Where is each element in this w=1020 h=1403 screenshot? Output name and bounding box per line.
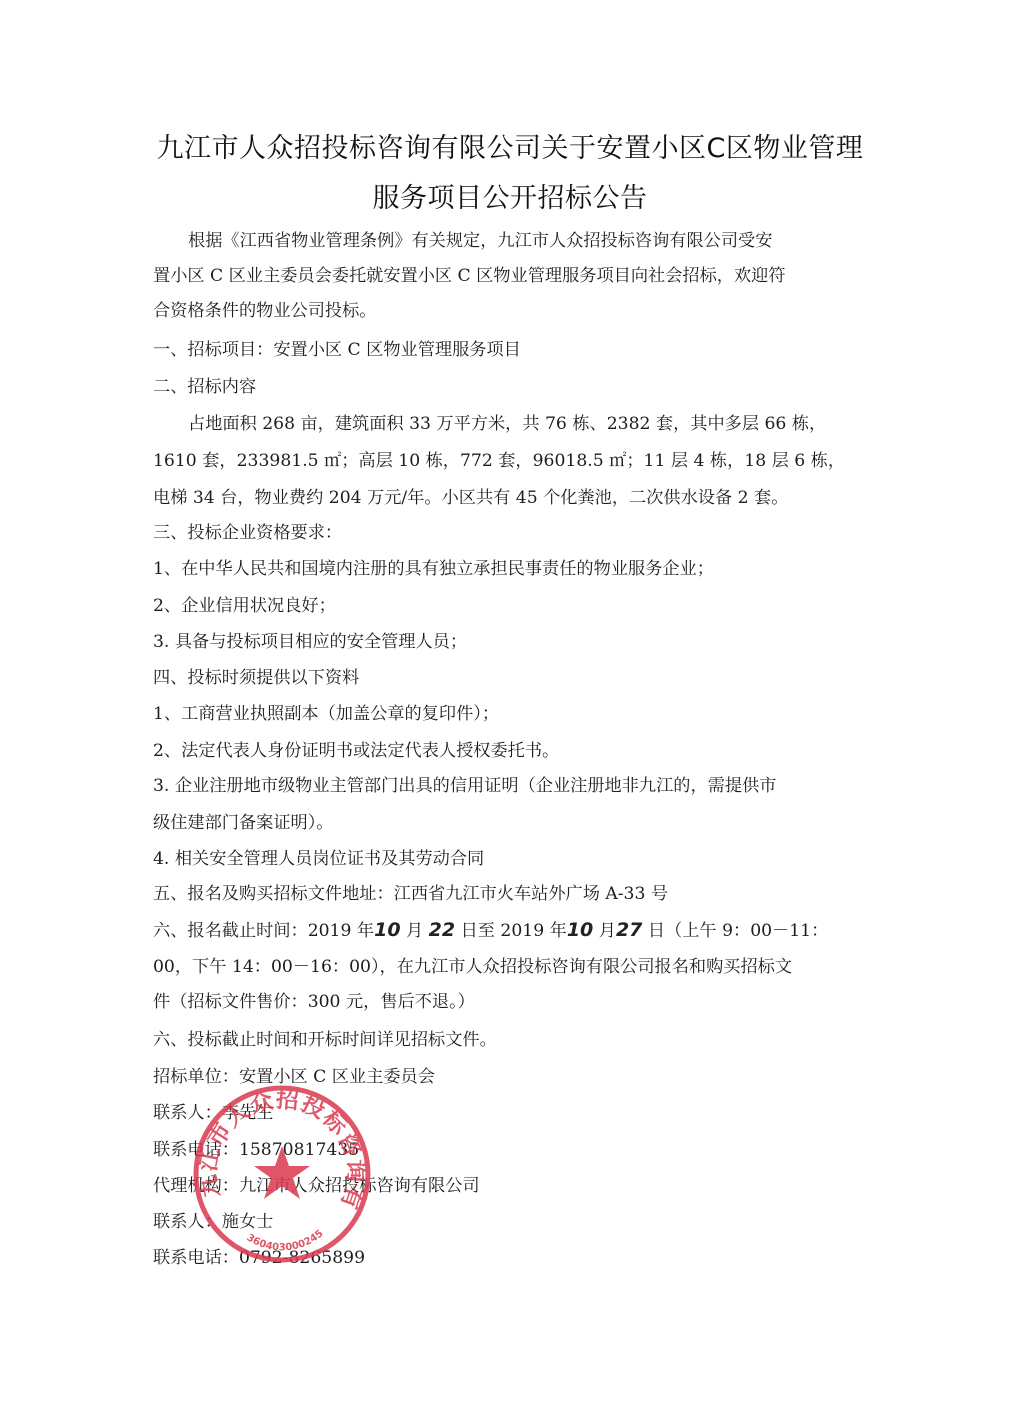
handwritten-month-1: 10: [374, 919, 400, 941]
agency: 代理机构：九江市人众招投标咨询有限公司: [153, 1174, 480, 1198]
content-line-2: 1610 套，233981.5 ㎡；高层 10 栋，772 套，96018.5 …: [153, 449, 845, 473]
intro-line-1: 根据《江西省物业管理条例》有关规定，九江市人众招投标咨询有限公司受安: [188, 229, 772, 253]
handwritten-day-1: 22: [429, 919, 455, 941]
material-1: 1、工商营业执照副本（加盖公章的复印件）；: [153, 702, 499, 726]
content-line-3: 电梯 34 台，物业费约 204 万元/年。小区共有 45 个化粪池，二次供水设…: [153, 486, 788, 510]
section-heading-3: 三、投标企业资格要求：: [153, 521, 342, 545]
contact-person-1: 联系人：李先生: [153, 1101, 273, 1125]
content-line-1: 占地面积 268 亩，建筑面积 33 万平方米，共 76 栋、2382 套，其中…: [188, 412, 826, 436]
handwritten-month-2: 10: [567, 919, 593, 941]
requirement-2: 2、企业信用状况良好；: [153, 594, 336, 618]
requirement-1: 1、在中华人民共和国境内注册的具有独立承担民事责任的物业服务企业；: [153, 557, 714, 581]
deadline-suffix: 日（上午 9：00－11：: [642, 921, 828, 941]
material-4: 4. 相关安全管理人员岗位证书及其劳动合同: [153, 847, 484, 871]
contact-phone-2: 联系电话：0792-8265899: [153, 1246, 365, 1270]
material-3-cont: 级住建部门备案证明）。: [153, 811, 333, 835]
tendering-unit: 招标单位：安置小区 C 区业主委员会: [153, 1065, 435, 1089]
section-heading-1: 一、招标项目：安置小区 C 区物业管理服务项目: [153, 338, 521, 362]
document-title-line2: 服务项目公开招标公告: [0, 176, 1020, 215]
section-heading-2: 二、招标内容: [153, 375, 256, 399]
document-page: 九江市人众招投标咨询有限公司关于安置小区C区物业管理 服务项目公开招标公告 根据…: [0, 0, 1020, 1403]
document-price: 件（招标文件售价：300 元，售后不退。）: [153, 990, 475, 1014]
requirement-3: 3. 具备与投标项目相应的安全管理人员；: [153, 630, 467, 654]
section-heading-7: 六、投标截止时间和开标时间详见招标文件。: [153, 1028, 497, 1052]
intro-line-2: 置小区 C 区业主委员会委托就安置小区 C 区物业管理服务项目向社会招标，欢迎符: [153, 264, 786, 288]
registration-deadline: 六、报名截止时间：2019 年10 月 22 日至 2019 年10 月27 日…: [153, 918, 828, 943]
material-3: 3. 企业注册地市级物业主管部门出具的信用证明（企业注册地非九江的，需提供市: [153, 774, 776, 798]
deadline-text-month-label-2: 月: [593, 921, 616, 941]
intro-line-3: 合资格条件的物业公司投标。: [153, 299, 376, 323]
deadline-prefix: 六、报名截止时间：2019 年: [153, 921, 374, 941]
section-heading-5: 五、报名及购买招标文件地址：江西省九江市火车站外广场 A-33 号: [153, 882, 668, 906]
contact-phone-1: 联系电话：15870817435: [153, 1138, 359, 1162]
contact-person-2: 联系人：施女士: [153, 1210, 273, 1234]
registration-hours: 00，下午 14：00－16：00），在九江市人众招投标咨询有限公司报名和购买招…: [153, 955, 792, 979]
document-title-line1: 九江市人众招投标咨询有限公司关于安置小区C区物业管理: [0, 126, 1020, 165]
deadline-text-month-label: 月: [401, 921, 429, 941]
handwritten-day-2: 27: [616, 919, 642, 941]
material-2: 2、法定代表人身份证明书或法定代表人授权委托书。: [153, 739, 559, 763]
deadline-text-to: 日至 2019 年: [455, 921, 567, 941]
section-heading-4: 四、投标时须提供以下资料: [153, 666, 359, 690]
